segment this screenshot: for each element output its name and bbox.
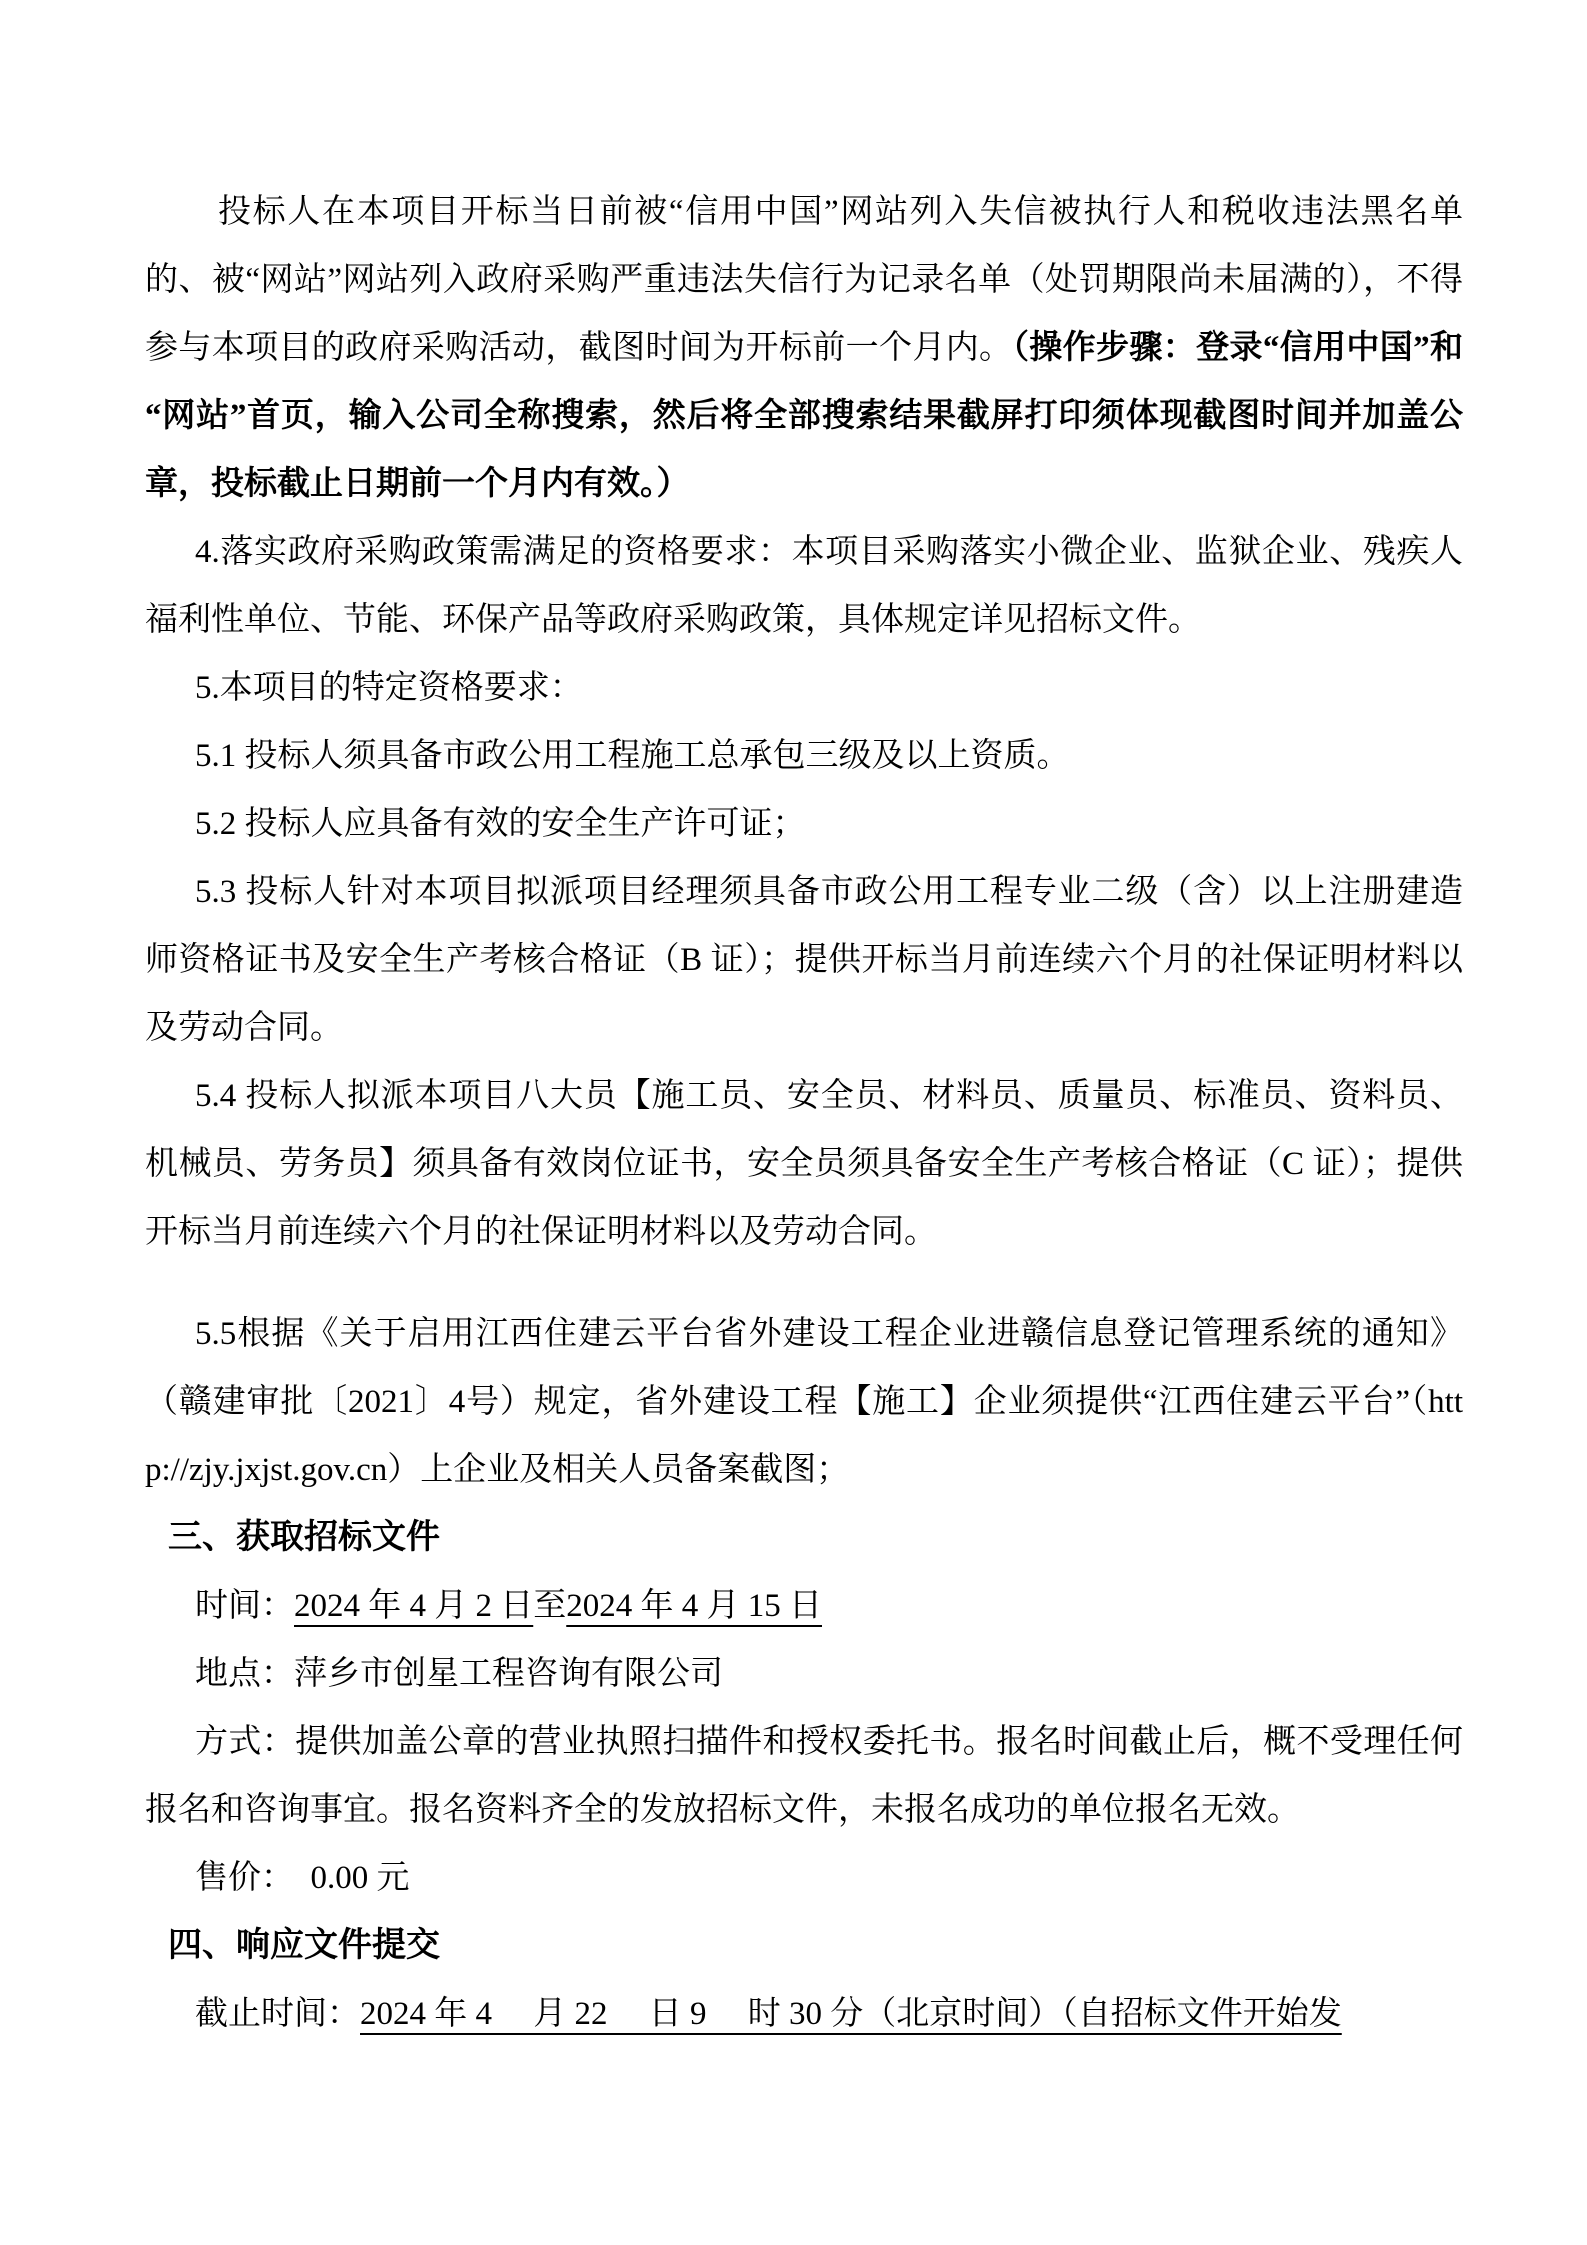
deadline-value: 2024 年 4 月 22 日 9 时 30 分（北京时间）（自招标文件开始发 [360,1996,1342,2032]
price-label: 售价： [195,1860,278,1896]
heading-obtain-bid-documents-text: 三、获取招标文件 [168,1519,440,1556]
para-policy: 4.落实政府采购政策需满足的资格要求：本项目采购落实小微企业、监狱企业、残疾人福… [145,518,1463,654]
para-req-5-5-text: 5.5根据《关于启用江西住建云平台省外建设工程企业进赣信息登记管理系统的通知》（… [145,1316,1463,1488]
para-time: 时间：2024 年 4 月 2 日至2024 年 4 月 15 日 [145,1572,1463,1640]
heading-obtain-bid-documents: 三、获取招标文件 [145,1504,1463,1572]
method-value: 提供加盖公章的营业执照扫描件和授权委托书。报名时间截止后，概不受理任何报名和咨询… [145,1724,1463,1828]
time-from-date: 2024 年 4 月 2 日 [294,1588,533,1624]
para-req-5-1: 5.1 投标人须具备市政公用工程施工总承包三级及以上资质。 [145,722,1463,790]
para-req-5-2-text: 5.2 投标人应具备有效的安全生产许可证； [195,806,806,842]
location-label: 地点： [195,1656,294,1692]
para-req-5-3: 5.3 投标人针对本项目拟派项目经理须具备市政公用工程专业二级（含）以上注册建造… [145,858,1463,1062]
document-page: 投标人在本项目开标当日前被“信用中国”网站列入失信被执行人和税收违法黑名单的、被… [0,0,1587,2245]
para-method: 方式：提供加盖公章的营业执照扫描件和授权委托书。报名时间截止后，概不受理任何报名… [145,1708,1463,1844]
para-req-5-5: 5.5根据《关于启用江西住建云平台省外建设工程企业进赣信息登记管理系统的通知》（… [145,1300,1463,1504]
para-req-5-1-text: 5.1 投标人须具备市政公用工程施工总承包三级及以上资质。 [195,738,1070,774]
price-value: 0.00 元 [311,1860,410,1896]
time-to-date: 2024 年 4 月 15 日 [566,1588,822,1624]
deadline-label: 截止时间： [195,1996,360,2032]
para-req-5-4: 5.4 投标人拟派本项目八大员【施工员、安全员、材料员、质量员、标准员、资料员、… [145,1062,1463,1266]
heading-response-document-submission: 四、响应文件提交 [145,1912,1463,1980]
para-specific-requirements: 5.本项目的特定资格要求： [145,654,1463,722]
location-value: 萍乡市创星工程咨询有限公司 [294,1656,723,1692]
para-req-5-4-text: 5.4 投标人拟派本项目八大员【施工员、安全员、材料员、质量员、标准员、资料员、… [145,1078,1463,1250]
para-deadline: 截止时间：2024 年 4 月 22 日 9 时 30 分（北京时间）（自招标文… [145,1980,1463,2048]
para-req-5-2: 5.2 投标人应具备有效的安全生产许可证； [145,790,1463,858]
para-specific-requirements-text: 5.本项目的特定资格要求： [195,670,583,706]
para-blacklist: 投标人在本项目开标当日前被“信用中国”网站列入失信被执行人和税收违法黑名单的、被… [145,178,1463,518]
time-label: 时间： [195,1588,294,1624]
heading-response-document-submission-text: 四、响应文件提交 [168,1927,440,1964]
para-price: 售价： 0.00 元 [145,1844,1463,1912]
time-separator: 至 [533,1588,566,1624]
para-req-5-3-text: 5.3 投标人针对本项目拟派项目经理须具备市政公用工程专业二级（含）以上注册建造… [145,874,1463,1046]
method-label: 方式： [195,1724,295,1760]
para-location: 地点：萍乡市创星工程咨询有限公司 [145,1640,1463,1708]
document-body: 投标人在本项目开标当日前被“信用中国”网站列入失信被执行人和税收违法黑名单的、被… [145,178,1463,2048]
para-policy-text: 4.落实政府采购政策需满足的资格要求：本项目采购落实小微企业、监狱企业、残疾人福… [145,534,1463,638]
